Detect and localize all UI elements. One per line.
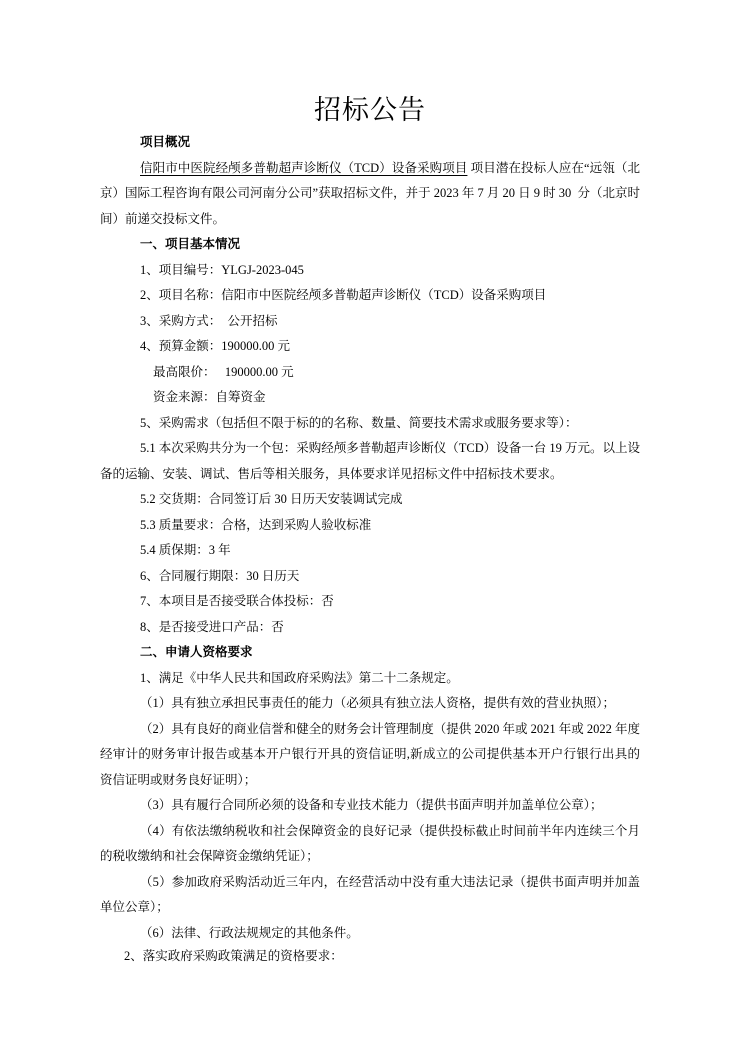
item-qualification-5: （5）参加政府采购活动近三年内，在经营活动中没有重大违法记录（提供书面声明并加盖… xyxy=(100,870,640,921)
project-name-underlined: 信阳市中医院经颅多普勒超声诊断仪（TCD）设备采购项目 xyxy=(140,161,467,175)
item-qualification-4: （4）有依法缴纳税收和社会保障资金的良好记录（提供投标截止时间前半年内连续三个月… xyxy=(100,819,640,870)
item-consortium-bid: 7、本项目是否接受联合体投标：否 xyxy=(100,589,640,615)
item-warranty-period: 5.4 质保期：3 年 xyxy=(100,538,640,564)
item-delivery-period: 5.2 交货期：合同签订后 30 日历天安装调试完成 xyxy=(100,487,640,513)
document-page: 招标公告 项目概况 信阳市中医院经颅多普勒超声诊断仪（TCD）设备采购项目 项目… xyxy=(0,0,750,1060)
intro-paragraph: 信阳市中医院经颅多普勒超声诊断仪（TCD）设备采购项目 项目潜在投标人应在“远瓴… xyxy=(100,156,640,233)
section1-heading: 一、项目基本情况 xyxy=(100,232,640,258)
item-quality-requirement: 5.3 质量要求：合格，达到采购人验收标准 xyxy=(100,513,640,539)
item-procurement-demand: 5、采购需求（包括但不限于标的的名称、数量、简要技术需求或服务要求等）： xyxy=(100,411,640,437)
overview-heading: 项目概况 xyxy=(100,130,640,156)
item-law-article22: 1、满足《中华人民共和国政府采购法》第二十二条规定。 xyxy=(100,666,640,692)
item-max-price: 最高限价： 190000.00 元 xyxy=(100,360,640,386)
document-title: 招标公告 xyxy=(100,95,640,125)
item-contract-duration: 6、合同履行期限：30 日历天 xyxy=(100,564,640,590)
item-qualification-6: （6）法律、行政法规规定的其他条件。 xyxy=(100,921,640,947)
item-imported-products: 8、是否接受进口产品：否 xyxy=(100,615,640,641)
section2-heading: 二、申请人资格要求 xyxy=(100,640,640,666)
item-budget-amount: 4、预算金额：190000.00 元 xyxy=(100,334,640,360)
item-fund-source: 资金来源：自筹资金 xyxy=(100,385,640,411)
item-project-name: 2、项目名称：信阳市中医院经颅多普勒超声诊断仪（TCD）设备采购项目 xyxy=(100,283,640,309)
item-project-number: 1、项目编号：YLGJ-2023-045 xyxy=(100,258,640,284)
item-procurement-method: 3、采购方式： 公开招标 xyxy=(100,309,640,335)
item-policy-requirements: 2、落实政府采购政策满足的资格要求： xyxy=(100,946,640,967)
item-package-detail: 5.1 本次采购共分为一个包：采购经颅多普勒超声诊断仪（TCD）设备一台 19 … xyxy=(100,436,640,487)
item-qualification-2: （2）具有良好的商业信誉和健全的财务会计管理制度（提供 2020 年或 2021… xyxy=(100,717,640,794)
item-qualification-3: （3）具有履行合同所必须的设备和专业技术能力（提供书面声明并加盖单位公章）； xyxy=(100,793,640,819)
item-qualification-1: （1）具有独立承担民事责任的能力（必须具有独立法人资格，提供有效的营业执照）； xyxy=(100,691,640,717)
